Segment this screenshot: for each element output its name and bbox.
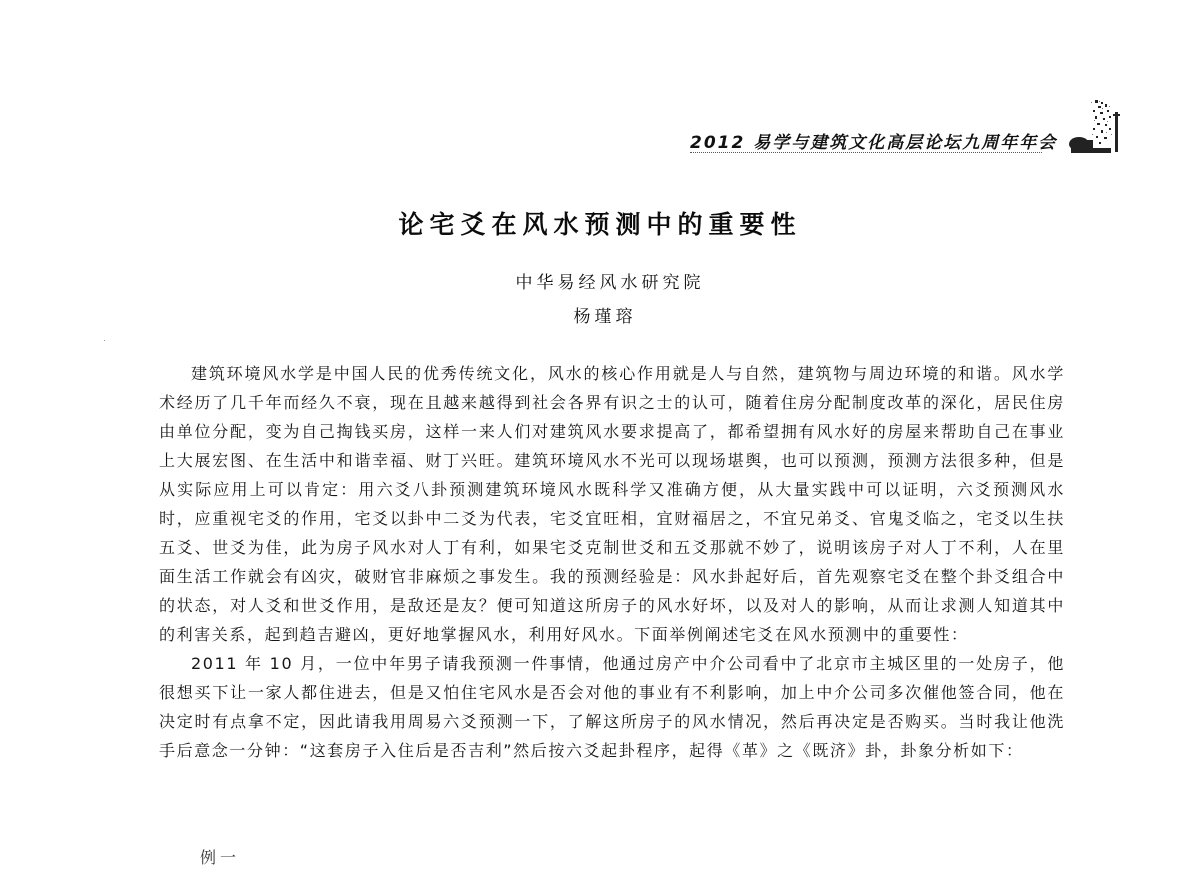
running-header: 2012 易学与建筑文化高层论坛九周年年会 [690,128,1050,154]
running-header-text: 2012 易学与建筑文化高层论坛九周年年会 [690,128,1057,153]
body-paragraph: 2011 年 10 月，一位中年男子请我预测一件事情，他通过房产中介公司看中了北… [159,649,1065,765]
header-dotted-rule [690,152,1042,153]
body-paragraph: 建筑环境风水学是中国人民的优秀传统文化，风水的核心作用就是人与自然，建筑物与周边… [159,359,1065,649]
author-name: 杨瑾瑢 [0,302,1200,327]
article-title: 论宅爻在风水预测中的重要性 [0,205,1200,241]
building-illustration-icon [1065,96,1125,158]
article-body: 建筑环境风水学是中国人民的优秀传统文化，风水的核心作用就是人与自然，建筑物与周边… [159,359,1065,765]
example-label: 例一 [200,845,240,868]
author-affiliation: 中华易经风水研究院 [0,268,1200,293]
scan-speck [104,340,105,341]
